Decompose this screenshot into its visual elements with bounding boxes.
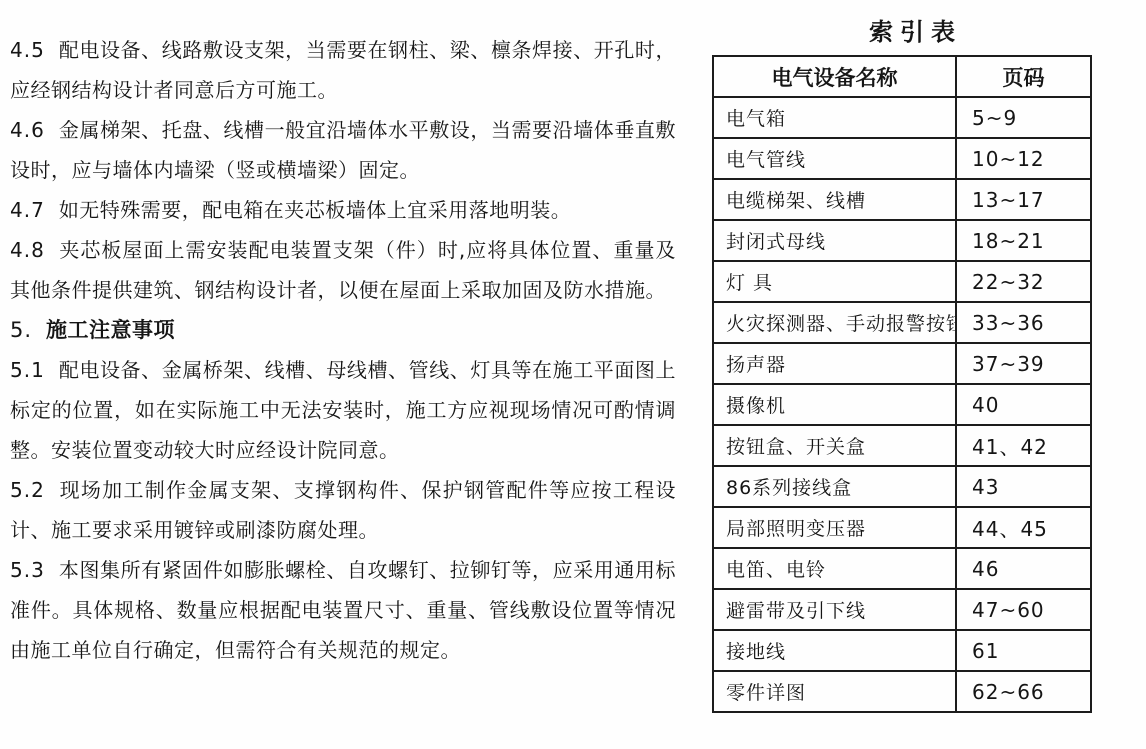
table-row: 电气管线10~12 [713,138,1091,179]
note-paragraph-5-3: 5.3本图集所有紧固件如膨胀螺栓、自攻螺钉、拉铆钉等，应采用通用标准件。具体规格… [10,550,676,670]
page-number-cell: 46 [956,548,1091,589]
table-row: 零件详图62~66 [713,671,1091,712]
note-text: 配电设备、金属桥架、线槽、母线槽、管线、灯具等在施工平面图上标定的位置，如在实际… [10,358,676,462]
page-number-cell: 18~21 [956,220,1091,261]
page-number-cell: 22~32 [956,261,1091,302]
table-row: 火灾探测器、手动报警按钮33~36 [713,302,1091,343]
note-number: 5.3 [10,558,45,582]
equipment-name-cell: 摄像机 [713,384,956,425]
table-row: 接地线61 [713,630,1091,671]
equipment-name-cell: 零件详图 [713,671,956,712]
table-row: 摄像机40 [713,384,1091,425]
note-number: 4.6 [10,118,45,142]
page-number-cell: 47~60 [956,589,1091,630]
table-row: 按钮盒、开关盒41、42 [713,425,1091,466]
notes-column: 4.5配电设备、线路敷设支架，当需要在钢柱、梁、檩条焊接、开孔时，应经钢结构设计… [10,10,686,749]
page-number-cell: 10~12 [956,138,1091,179]
note-number: 5. [10,318,32,342]
equipment-name-cell: 电笛、电铃 [713,548,956,589]
index-table-title: 索引表 [712,12,1112,47]
note-number: 5.2 [10,478,45,502]
table-row: 电笛、电铃46 [713,548,1091,589]
index-table: 电气设备名称 页码 电气箱5~9 电气管线10~12 电缆梯架、线槽13~17 … [712,55,1092,713]
page-number-cell: 40 [956,384,1091,425]
note-text: 夹芯板屋面上需安装配电装置支架（件）时,应将具体位置、重量及其他条件提供建筑、钢… [10,238,676,302]
equipment-name-cell: 86系列接线盒 [713,466,956,507]
table-row: 灯 具22~32 [713,261,1091,302]
note-number: 4.7 [10,198,45,222]
page-number-cell: 33~36 [956,302,1091,343]
note-paragraph-5-2: 5.2现场加工制作金属支架、支撑钢构件、保护钢管配件等应按工程设计、施工要求采用… [10,470,676,550]
note-text: 配电设备、线路敷设支架，当需要在钢柱、梁、檩条焊接、开孔时，应经钢结构设计者同意… [10,38,676,102]
note-paragraph-4-6: 4.6金属梯架、托盘、线槽一般宜沿墙体水平敷设，当需要沿墙体垂直敷设时，应与墙体… [10,110,676,190]
page-number-cell: 37~39 [956,343,1091,384]
equipment-name-cell: 扬声器 [713,343,956,384]
table-row: 86系列接线盒43 [713,466,1091,507]
note-paragraph-4-7: 4.7如无特殊需要，配电箱在夹芯板墙体上宜采用落地明装。 [10,190,676,230]
equipment-name-cell: 火灾探测器、手动报警按钮 [713,302,956,343]
equipment-name-cell: 避雷带及引下线 [713,589,956,630]
column-header-equipment-name: 电气设备名称 [713,56,956,97]
table-row: 局部照明变压器44、45 [713,507,1091,548]
document-page: 4.5配电设备、线路敷设支架，当需要在钢柱、梁、檩条焊接、开孔时，应经钢结构设计… [0,0,1146,749]
equipment-name-cell: 电气箱 [713,97,956,138]
equipment-name-cell: 封闭式母线 [713,220,956,261]
index-section: 索引表 电气设备名称 页码 电气箱5~9 电气管线10~12 电缆梯架、线槽13… [712,10,1112,749]
equipment-name-cell: 电缆梯架、线槽 [713,179,956,220]
index-table-header-row: 电气设备名称 页码 [713,56,1091,97]
page-number-cell: 13~17 [956,179,1091,220]
section-heading-5: 5.施工注意事项 [10,310,676,350]
note-text: 施工注意事项 [46,318,175,342]
note-number: 4.5 [10,38,45,62]
table-row: 电气箱5~9 [713,97,1091,138]
column-header-page-number: 页码 [956,56,1091,97]
note-paragraph-4-8: 4.8夹芯板屋面上需安装配电装置支架（件）时,应将具体位置、重量及其他条件提供建… [10,230,676,310]
note-number: 4.8 [10,238,45,262]
page-number-cell: 43 [956,466,1091,507]
note-number: 5.1 [10,358,45,382]
note-text: 金属梯架、托盘、线槽一般宜沿墙体水平敷设，当需要沿墙体垂直敷设时，应与墙体内墙梁… [10,118,676,182]
page-number-cell: 62~66 [956,671,1091,712]
equipment-name-cell: 灯 具 [713,261,956,302]
note-text: 如无特殊需要，配电箱在夹芯板墙体上宜采用落地明装。 [59,198,572,222]
page-number-cell: 61 [956,630,1091,671]
equipment-name-cell: 接地线 [713,630,956,671]
note-paragraph-5-1: 5.1配电设备、金属桥架、线槽、母线槽、管线、灯具等在施工平面图上标定的位置，如… [10,350,676,470]
table-row: 避雷带及引下线47~60 [713,589,1091,630]
equipment-name-cell: 按钮盒、开关盒 [713,425,956,466]
equipment-name-cell: 电气管线 [713,138,956,179]
note-text: 现场加工制作金属支架、支撑钢构件、保护钢管配件等应按工程设计、施工要求采用镀锌或… [10,478,676,542]
note-text: 本图集所有紧固件如膨胀螺栓、自攻螺钉、拉铆钉等，应采用通用标准件。具体规格、数量… [10,558,676,662]
table-row: 电缆梯架、线槽13~17 [713,179,1091,220]
table-row: 扬声器37~39 [713,343,1091,384]
page-number-cell: 44、45 [956,507,1091,548]
equipment-name-cell: 局部照明变压器 [713,507,956,548]
note-paragraph-4-5: 4.5配电设备、线路敷设支架，当需要在钢柱、梁、檩条焊接、开孔时，应经钢结构设计… [10,30,676,110]
table-row: 封闭式母线18~21 [713,220,1091,261]
page-number-cell: 5~9 [956,97,1091,138]
page-number-cell: 41、42 [956,425,1091,466]
